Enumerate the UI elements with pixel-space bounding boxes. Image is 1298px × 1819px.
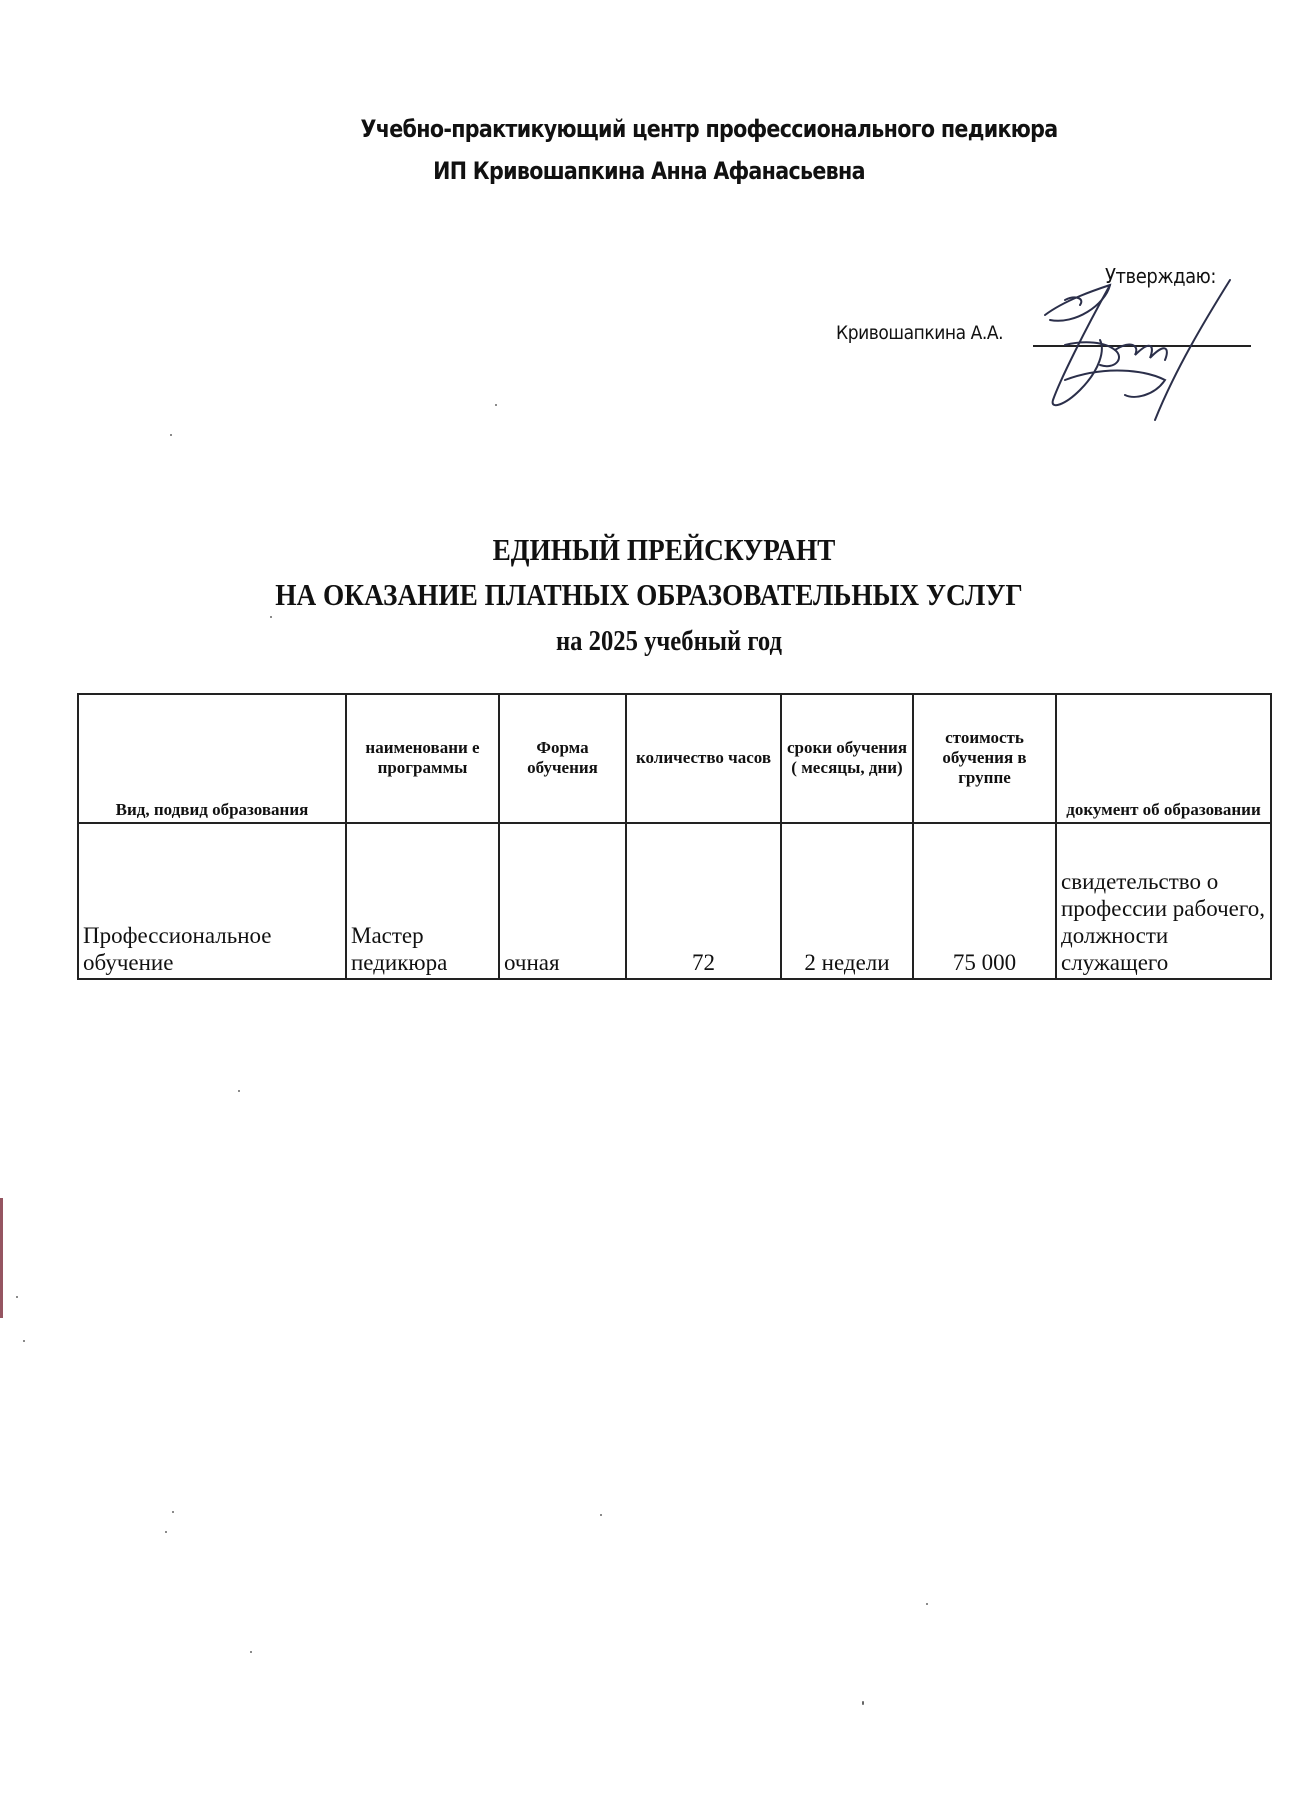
organization-name: Учебно-практикующий центр профессиональн…	[151, 115, 1267, 143]
cell-document: свидетельство о профессии рабочего, долж…	[1056, 823, 1271, 979]
column-header-hours: количество часов	[626, 694, 781, 823]
cell-form: очная	[499, 823, 626, 979]
column-header-duration: сроки обучения ( месяцы, дни)	[781, 694, 913, 823]
scan-speck	[270, 616, 272, 618]
academic-year: на 2025 учебный год	[98, 626, 1240, 658]
price-list-table: Вид, подвид образования наименовани е пр…	[77, 693, 1272, 980]
cell-program: Мастер педикюра	[346, 823, 499, 979]
scan-speck	[238, 1090, 240, 1092]
cell-duration: 2 недели	[781, 823, 913, 979]
cell-hours: 72	[626, 823, 781, 979]
table-row: Профессиональное обучение Мастер педикюр…	[78, 823, 1271, 979]
column-header-price: стоимость обучения в группе	[913, 694, 1056, 823]
scan-speck	[165, 1531, 167, 1533]
column-header-document: документ об образовании	[1056, 694, 1271, 823]
scan-speck	[495, 404, 497, 406]
column-header-form: Форма обучения	[499, 694, 626, 823]
document-subtitle: НА ОКАЗАНИЕ ПЛАТНЫХ ОБРАЗОВАТЕЛЬНЫХ УСЛУ…	[78, 577, 1220, 613]
handwritten-signature-icon	[1005, 270, 1265, 430]
cell-type: Профессиональное обучение	[78, 823, 346, 979]
scan-speck	[600, 1514, 602, 1516]
cell-price: 75 000	[913, 823, 1056, 979]
document-title: ЕДИНЫЙ ПРЕЙСКУРАНТ	[93, 532, 1235, 568]
scan-speck	[16, 1296, 18, 1298]
scan-speck	[172, 1511, 174, 1513]
organization-owner: ИП Кривошапкина Анна Афанасьевна	[91, 157, 1207, 185]
scan-speck	[926, 1603, 928, 1605]
scan-speck	[250, 1651, 252, 1653]
column-header-type: Вид, подвид образования	[78, 694, 346, 823]
signer-name: Кривошапкина А.А.	[836, 322, 1003, 344]
scan-speck	[170, 434, 172, 436]
scan-speck	[862, 1701, 864, 1705]
scan-speck	[23, 1340, 25, 1342]
table-header-row: Вид, подвид образования наименовани е пр…	[78, 694, 1271, 823]
scan-edge-mark	[0, 1198, 3, 1318]
column-header-program: наименовани е программы	[346, 694, 499, 823]
